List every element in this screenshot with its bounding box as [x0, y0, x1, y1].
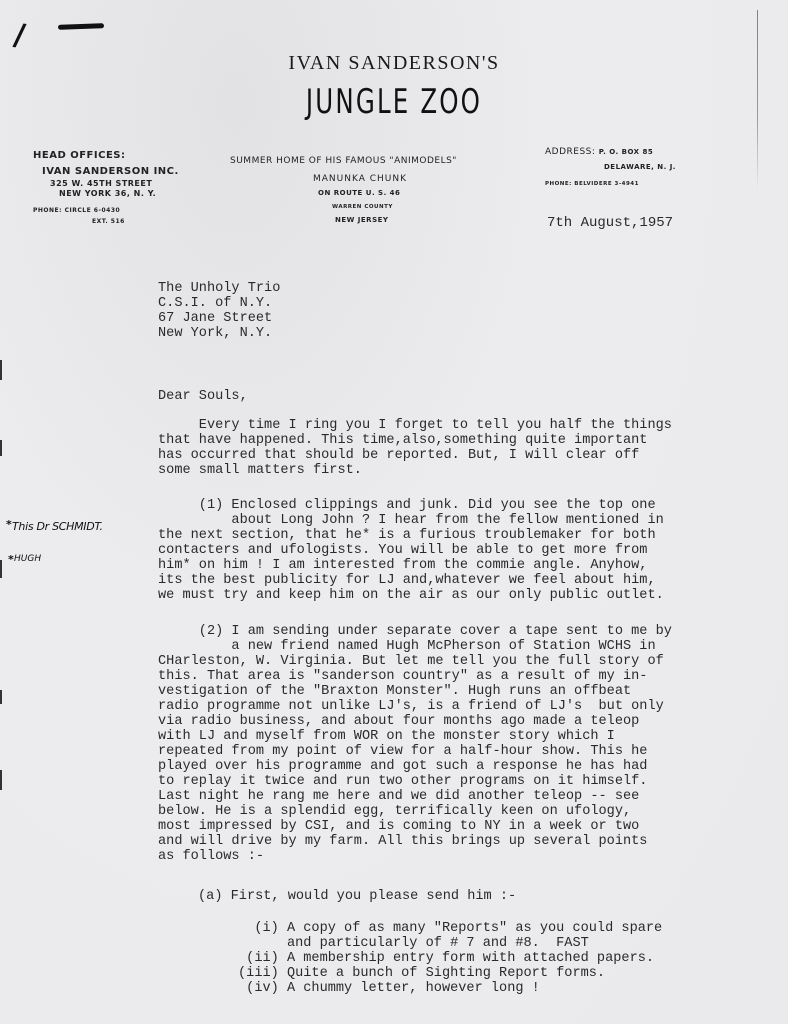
text-line: Last night he rang me here and we did an…: [158, 789, 672, 804]
text-line: vestigation of the "Braxton Monster". Hu…: [158, 684, 672, 699]
head-offices-label: HEAD OFFICES:: [33, 150, 125, 161]
summer-home-tagline: SUMMER HOME OF HIS FAMOUS "ANIMODELS": [230, 156, 457, 166]
text-line: CHarleston, W. Virginia. But let me tell…: [158, 654, 672, 669]
recipient-line: The Unholy Trio: [158, 281, 280, 296]
paragraph-point-2: (2) I am sending under separate cover a …: [158, 624, 672, 864]
request-list: (i) A copy of as many "Reports" as you c…: [238, 921, 662, 996]
handwritten-dash: [58, 23, 104, 30]
scan-edge-tick: [0, 360, 2, 380]
letter-date: 7th August,1957: [547, 216, 673, 231]
paragraph-point-1: (1) Enclosed clippings and junk. Did you…: [158, 498, 664, 603]
text-line: and will drive by my farm. All this brin…: [158, 834, 672, 849]
text-line: repeated from my point of view for a hal…: [158, 744, 672, 759]
head-offices-company: IVAN SANDERSON INC.: [42, 166, 179, 177]
summer-home-state: NEW JERSEY: [335, 216, 388, 224]
summer-home-route: ON ROUTE U. S. 46: [318, 189, 400, 197]
text-line: most impressed by CSI, and is coming to …: [158, 819, 672, 834]
text-line: with LJ and myself from WOR on the monst…: [158, 729, 672, 744]
text-line: (a) First, would you please send him :-: [198, 889, 516, 904]
text-line: the next section, that he* is a furious …: [158, 528, 664, 543]
summer-home-place: MANUNKA CHUNK: [313, 174, 407, 184]
text-line: has occurred that should be reported. Bu…: [158, 448, 672, 463]
list-item: (iv) A chummy letter, however long !: [238, 981, 662, 996]
text-line: him* on him ! I am interested from the c…: [158, 558, 664, 573]
text-line: played over his programme and got such a…: [158, 759, 672, 774]
recipient-line: New York, N.Y.: [158, 326, 280, 341]
text-line: below. He is a splendid egg, terrificall…: [158, 804, 672, 819]
recipient-line: C.S.I. of N.Y.: [158, 296, 280, 311]
handwritten-scrawl: /: [12, 17, 28, 53]
text-line: via radio business, and about four month…: [158, 714, 672, 729]
scan-edge-tick: [0, 690, 2, 704]
text-line: as follows :-: [158, 849, 672, 864]
address-phone: PHONE: BELVIDERE 3-4941: [545, 181, 639, 187]
text-line: some small matters first.: [158, 463, 672, 478]
paragraph-point-a: (a) First, would you please send him :-: [198, 889, 516, 904]
list-item: (iii) Quite a bunch of Sighting Report f…: [238, 966, 662, 981]
text-line: (2) I am sending under separate cover a …: [158, 624, 672, 639]
head-offices-phone: PHONE: CIRCLE 6-0430: [33, 207, 120, 214]
text-line: (1) Enclosed clippings and junk. Did you…: [158, 498, 664, 513]
summer-home-county: WARREN COUNTY: [332, 204, 393, 210]
letterhead-title: IVAN SANDERSON'S: [0, 52, 788, 75]
text-line: we must try and keep him on the air as o…: [158, 588, 664, 603]
text-line: radio programme not unlike LJ's, is a fr…: [158, 699, 672, 714]
asterisk-mark: *: [8, 553, 14, 566]
margin-note-hugh: HUGH: [14, 554, 41, 564]
address-box: P. O. BOX 85: [599, 148, 653, 156]
scan-edge-tick: [0, 770, 2, 790]
margin-note-schmidt: This Dr SCHMIDT.: [12, 520, 103, 533]
letterhead-subtitle: JUNGLE ZOO: [110, 82, 677, 122]
text-line: about Long John ? I hear from the fellow…: [158, 513, 664, 528]
address-town: DELAWARE, N. J.: [604, 163, 676, 171]
recipient-address: The Unholy TrioC.S.I. of N.Y.67 Jane Str…: [158, 281, 280, 341]
scan-edge-tick: [0, 560, 2, 578]
scan-edge-tick: [0, 440, 2, 456]
text-line: this. That area is "sanderson country" a…: [158, 669, 672, 684]
text-line: that have happened. This time,also,somet…: [158, 433, 672, 448]
list-item: (ii) A membership entry form with attach…: [238, 951, 662, 966]
scan-edge-line: [757, 10, 758, 190]
text-line: a new friend named Hugh McPherson of Sta…: [158, 639, 672, 654]
head-offices-ext: EXT. 516: [92, 218, 125, 225]
head-offices-city: NEW YORK 36, N. Y.: [59, 189, 156, 198]
address-label: ADDRESS:: [545, 147, 595, 157]
paragraph-intro: Every time I ring you I forget to tell y…: [158, 418, 672, 478]
recipient-line: 67 Jane Street: [158, 311, 280, 326]
address-line: ADDRESS: P. O. BOX 85: [545, 147, 653, 157]
text-line: contacters and ufologists. You will be a…: [158, 543, 664, 558]
salutation: Dear Souls,: [158, 389, 248, 404]
text-line: its the best publicity for LJ and,whatev…: [158, 573, 664, 588]
list-item: and particularly of # 7 and #8. FAST: [238, 936, 662, 951]
text-line: to replay it twice and run two other pro…: [158, 774, 672, 789]
head-offices-street: 325 W. 45TH STREET: [50, 179, 152, 188]
letter-page: / IVAN SANDERSON'S JUNGLE ZOO HEAD OFFIC…: [0, 0, 788, 1024]
asterisk-mark: *: [6, 518, 12, 531]
list-item: (i) A copy of as many "Reports" as you c…: [238, 921, 662, 936]
text-line: Every time I ring you I forget to tell y…: [158, 418, 672, 433]
